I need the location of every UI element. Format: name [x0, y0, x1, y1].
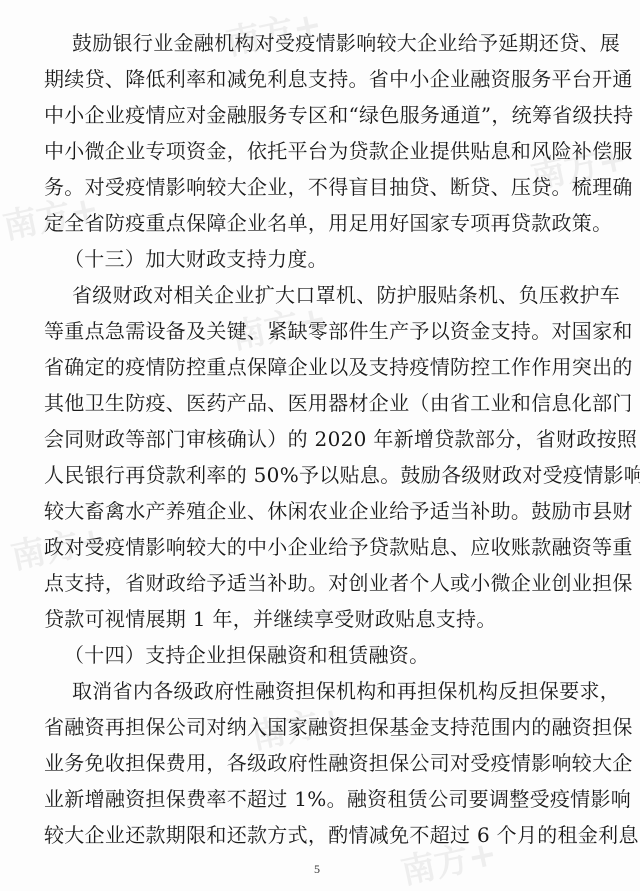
- paragraph-line: 省融资再担保公司对纳入国家融资担保基金支持范围内的融资担保: [44, 712, 633, 742]
- paragraph-line: 中小企业疫情应对金融服务专区和“绿色服务通道”，统筹省级扶持: [44, 100, 633, 130]
- paragraph-line: 鼓励银行业金融机构对受疫情影响较大企业给予延期还贷、展: [72, 28, 620, 58]
- paragraph-line: 较大畜禽水产养殖企业、休闲农业企业给予适当补助。鼓励市县财: [44, 496, 633, 526]
- paragraph-line: 期续贷、降低利率和减免利息支持。省中小企业融资服务平台开通: [44, 64, 633, 94]
- paragraph-line: 定全省防疫重点保障企业名单，用足用好国家专项再贷款政策。: [44, 208, 612, 238]
- paragraph-line: 业新增融资担保费率不超过 1%。融资租赁公司要调整受疫情影响: [44, 784, 631, 814]
- paragraph-line: 会同财政等部门审核确认）的 2020 年新增贷款部分，省财政按照: [44, 424, 637, 454]
- paragraph-line: 取消省内各级政府性融资担保机构和再担保机构反担保要求，: [72, 676, 620, 706]
- paragraph-line: 务。对受疫情影响较大企业，不得盲目抽贷、断贷、压贷。梳理确: [44, 172, 633, 202]
- paragraph-line: 中小微企业专项资金，依托平台为贷款企业提供贴息和风险补偿服: [44, 136, 633, 166]
- page-number: 5: [314, 862, 320, 877]
- paragraph-line: 贷款可视情展期 1 年，并继续享受财政贴息支持。: [44, 604, 497, 634]
- paragraph-line: 较大企业还款期限和还款方式，酌情减免不超过 6 个月的租金利息，: [44, 820, 640, 850]
- section-heading: （十四）支持企业担保融资和租赁融资。: [64, 640, 429, 670]
- paragraph-line: 政对受疫情影响较大的中小企业给予贷款贴息、应收账款融资等重: [44, 532, 633, 562]
- section-heading: （十三）加大财政支持力度。: [64, 244, 328, 274]
- paragraph-line: 等重点急需设备及关键、紧缺零部件生产予以资金支持。对国家和: [44, 316, 633, 346]
- paragraph-line: 其他卫生防疫、医药产品、医用器材企业（由省工业和信息化部门: [44, 388, 633, 418]
- paragraph-line: 省确定的疫情防控重点保障企业以及支持疫情防控工作作用突出的: [44, 352, 633, 382]
- paragraph-line: 人民银行再贷款利率的 50%予以贴息。鼓励各级财政对受疫情影响: [44, 460, 640, 490]
- paragraph-line: 业务免收担保费用，各级政府性融资担保公司对受疫情影响较大企: [44, 748, 633, 778]
- paragraph-line: 点支持，省财政给予适当补助。对创业者个人或小微企业创业担保: [44, 568, 633, 598]
- paragraph-line: 省级财政对相关企业扩大口罩机、防护服贴条机、负压救护车: [72, 280, 620, 310]
- document-page: 南方+ 南方+ 南方+ 南方+ 南方+ 南方+ 南方+ 鼓励银行业金融机构对受疫…: [0, 0, 640, 891]
